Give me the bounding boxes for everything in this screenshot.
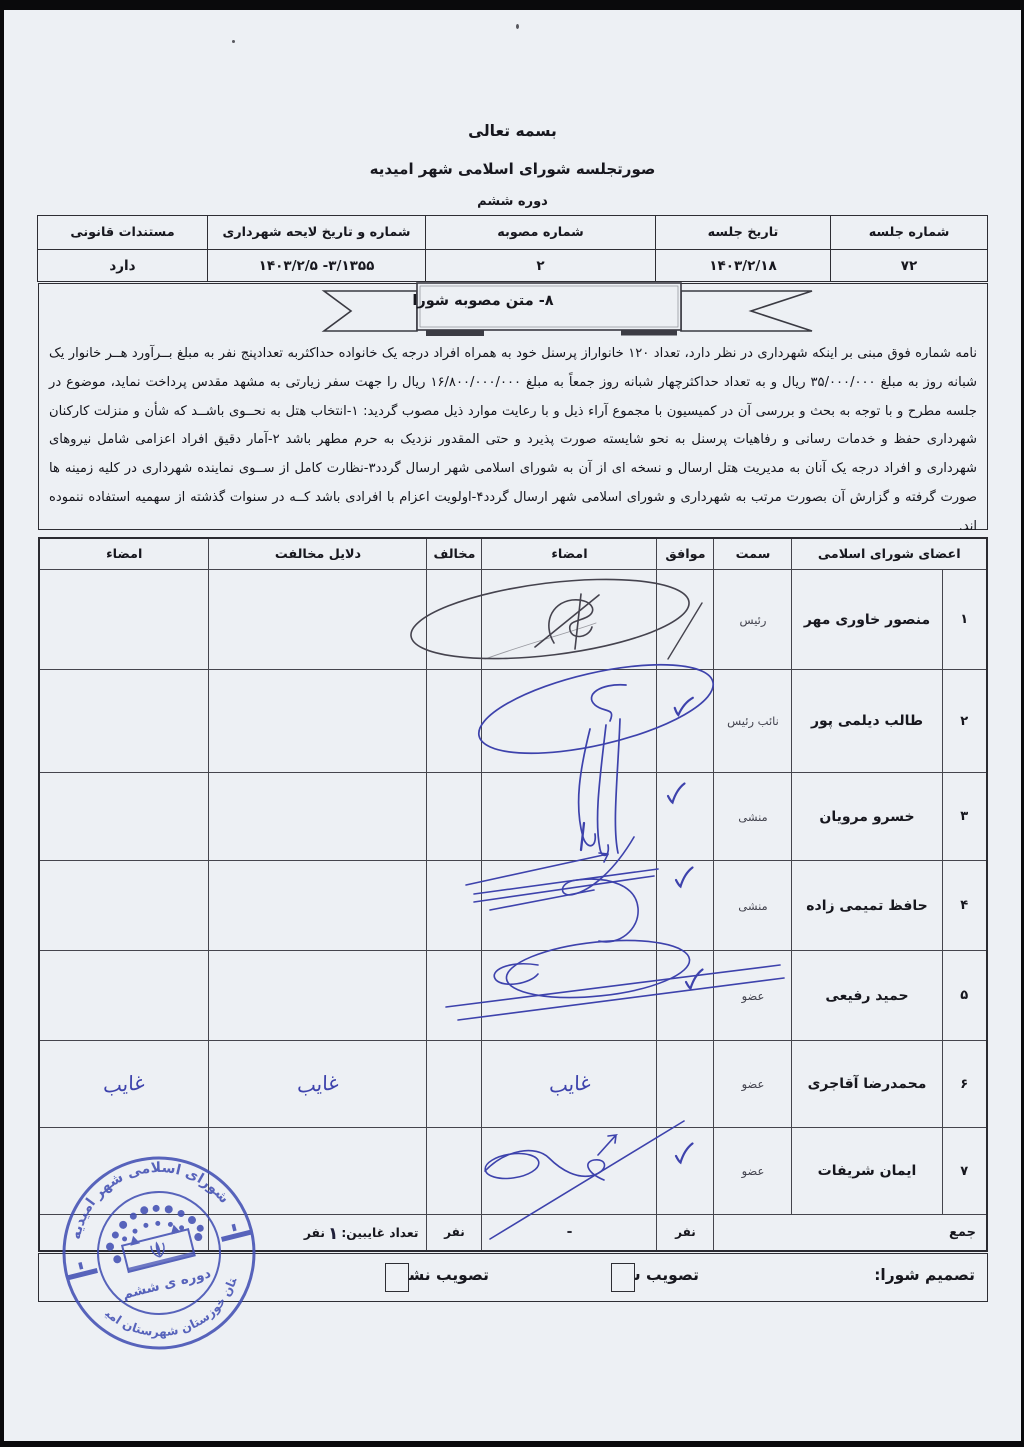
members-vote-table: اعضای شورای اسلامی سمت موافق امضاء مخالف…: [38, 537, 988, 1252]
handwritten-absent-note: غایب: [297, 1070, 339, 1098]
opposition-reason-cell: [209, 570, 427, 670]
council-term: دوره ششم: [4, 194, 1021, 209]
against-cell: [427, 773, 482, 861]
bill-number-date-label: شماره و تاریخ لایحه شهرداری: [208, 216, 426, 250]
signature-cell: [482, 951, 657, 1041]
against-cell: [427, 1128, 482, 1215]
signature2-cell: غایب: [39, 1041, 209, 1128]
opposition-reason-cell: [209, 951, 427, 1041]
col-opposition-reasons-header: دلایل مخالفت: [209, 538, 427, 570]
opposition-reason-cell: [209, 773, 427, 861]
opposition-reason-cell: [209, 861, 427, 951]
table-row: ۳ خسرو مرویان منشی: [39, 773, 987, 861]
council-decision-section: تصمیم شورا: تصویب شد تصویب نشد: [38, 1253, 988, 1302]
member-name: حمید رفیعی: [792, 951, 942, 1041]
approved-checkbox[interactable]: [611, 1263, 635, 1292]
row-number: ۱: [942, 570, 987, 670]
session-number-value: ۷۲: [831, 250, 988, 282]
signature-cell: [482, 670, 657, 773]
col-position-header: سمت: [714, 538, 792, 570]
legal-docs-label: مستندات قانونی: [38, 216, 208, 250]
against-cell: [427, 861, 482, 951]
col-against-header: مخالف: [427, 538, 482, 570]
table-row: ۷ ایمان شریفات عضو: [39, 1128, 987, 1215]
legal-docs-value: دارد: [38, 250, 208, 282]
agree-cell: [657, 670, 714, 773]
scan-speck: [232, 40, 235, 43]
resolution-banner-title: ۸- متن مصوبه شورا: [351, 293, 615, 309]
decision-label: تصمیم شورا:: [874, 1266, 975, 1284]
member-name: حافظ تمیمی زاده: [792, 861, 942, 951]
ribbon-banner-graphic: [39, 282, 987, 342]
member-position: رئیس: [714, 570, 792, 670]
member-name: ایمان شریفات: [792, 1128, 942, 1215]
agree-cell: [657, 773, 714, 861]
table-row: ۱ منصور خاوری مهر رئیس: [39, 570, 987, 670]
against-cell: [427, 1041, 482, 1128]
signature-cell: غایب: [482, 1041, 657, 1128]
agree-cell: [657, 861, 714, 951]
rejected-label: تصویب نشد: [400, 1266, 489, 1284]
agree-cell: [657, 951, 714, 1041]
handwritten-absent-count: ۱: [325, 1224, 341, 1244]
absent-count-label: تعداد غایبین:: [341, 1226, 418, 1240]
members-vote-table-wrap: اعضای شورای اسلامی سمت موافق امضاء مخالف…: [38, 537, 988, 1252]
row-number: ۴: [942, 861, 987, 951]
bismillah-heading: بسمه تعالی: [4, 122, 1021, 140]
member-name: محمدرضا آقاجری: [792, 1041, 942, 1128]
signature-cell: [482, 773, 657, 861]
member-name: خسرو مرویان: [792, 773, 942, 861]
row-number: ۳: [942, 773, 987, 861]
signature2-cell: [39, 861, 209, 951]
table-row: ۴ حافظ تمیمی زاده منشی: [39, 861, 987, 951]
signature-cell: [482, 861, 657, 951]
resolution-number-value: ۲: [426, 250, 656, 282]
opposition-reason-cell: [209, 670, 427, 773]
absent-count-suffix: نفر: [304, 1226, 325, 1240]
table-row: ۲ طالب دیلمی پور نائب رئیس: [39, 670, 987, 773]
member-position: منشی: [714, 773, 792, 861]
agree-count-suffix: نفر: [657, 1215, 714, 1251]
member-position: عضو: [714, 1128, 792, 1215]
signature2-cell: [39, 951, 209, 1041]
rejected-checkbox[interactable]: [385, 1263, 409, 1292]
signature2-cell: [39, 773, 209, 861]
signature2-cell: [39, 670, 209, 773]
agree-cell: [657, 570, 714, 670]
summary-row: جمع نفر - نفر تعداد غایبین:۱نفر: [39, 1215, 987, 1251]
session-number-label: شماره جلسه: [831, 216, 988, 250]
member-position: عضو: [714, 951, 792, 1041]
scanned-document-page: بسمه تعالی صورتجلسه شورای اسلامی شهر امی…: [4, 10, 1021, 1441]
signature-cell: [482, 1128, 657, 1215]
agree-cell: [657, 1041, 714, 1128]
col-signature-header: امضاء: [482, 538, 657, 570]
against-count-suffix: نفر: [427, 1215, 482, 1251]
row-number: ۶: [942, 1041, 987, 1128]
row-number: ۵: [942, 951, 987, 1041]
member-position: منشی: [714, 861, 792, 951]
signature2-cell: [39, 1128, 209, 1215]
against-cell: [427, 951, 482, 1041]
member-position: عضو: [714, 1041, 792, 1128]
row-number: ۷: [942, 1128, 987, 1215]
bill-number-date-value: ۱۴۰۳/۲/۵ -۳/۱۳۵۵: [208, 250, 426, 282]
resolution-body-text: نامه شماره فوق مبنی بر اینکه شهرداری در …: [49, 340, 977, 542]
agree-cell: [657, 1128, 714, 1215]
col-members-header: اعضای شورای اسلامی: [792, 538, 987, 570]
col-signature2-header: امضاء: [39, 538, 209, 570]
signature-cell: [482, 570, 657, 670]
sum-label: جمع: [714, 1215, 987, 1251]
handwritten-absent-note: غایب: [103, 1070, 145, 1098]
member-name: طالب دیلمی پور: [792, 670, 942, 773]
member-position: نائب رئیس: [714, 670, 792, 773]
table-row: ۵ حمید رفیعی عضو: [39, 951, 987, 1041]
session-date-value: ۱۴۰۳/۲/۱۸: [656, 250, 831, 282]
row-number: ۲: [942, 670, 987, 773]
against-cell: [427, 670, 482, 773]
col-agree-header: موافق: [657, 538, 714, 570]
opposition-reason-cell: غایب: [209, 1041, 427, 1128]
member-name: منصور خاوری مهر: [792, 570, 942, 670]
summary-signature2-cell: [39, 1215, 209, 1251]
session-date-label: تاریخ جلسه: [656, 216, 831, 250]
page-title: صورتجلسه شورای اسلامی شهر امیدیه: [4, 160, 1021, 178]
absent-count-cell: تعداد غایبین:۱نفر: [209, 1215, 427, 1251]
against-cell: [427, 570, 482, 670]
scan-speck: [516, 24, 519, 29]
summary-signature-dash: -: [482, 1215, 657, 1251]
resolution-number-label: شماره مصوبه: [426, 216, 656, 250]
table-row: ۶ محمدرضا آقاجری عضو غایب غایب غایب: [39, 1041, 987, 1128]
session-info-table: شماره جلسه تاریخ جلسه شماره مصوبه شماره …: [37, 215, 988, 282]
signature2-cell: [39, 570, 209, 670]
resolution-section: ۸- متن مصوبه شورا نامه شماره فوق مبنی بر…: [38, 283, 988, 530]
handwritten-absent-note: غایب: [548, 1070, 590, 1098]
opposition-reason-cell: [209, 1128, 427, 1215]
